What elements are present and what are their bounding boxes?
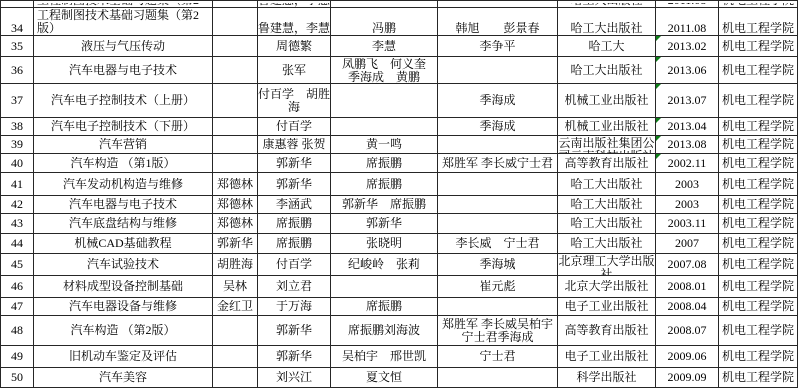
cell-text: 席振鹏 [331,300,437,313]
cell-text: 北京理工大学出版社 [558,255,655,275]
cell-publisher[interactable]: 电子工业出版社 [558,346,656,368]
cell-publisher[interactable]: 科学出版社 [558,368,656,388]
cell-editor[interactable] [213,368,258,388]
cell-text: 2013.07 [656,94,718,107]
cell-text: 夏文恒 [331,371,437,384]
cell-text: 胡胜海 [213,258,257,271]
cell-author3[interactable] [438,214,558,234]
cell-text: 2002.11 [656,157,718,170]
cell-editor[interactable] [213,154,258,173]
cell-text: 付百学 [258,120,330,133]
cell-text: 机电工程学院 [719,178,797,191]
cell-editor[interactable] [213,84,258,118]
cell-text: 刘兴江 [258,371,330,384]
cell-text: 汽车构造 （第2版） [34,324,212,337]
cell-text: 哈工大出版社 [558,237,655,250]
cell-department[interactable]: 机电工程学院 [719,276,798,298]
cell-author2[interactable]: 凤鹏飞 何义奎 季海成 黄鹏 [331,57,438,84]
cell-author3[interactable] [438,298,558,316]
cell-text: 37 [1,94,33,107]
cell-text: 工程制图技术基础习题集（第2版） [34,9,212,35]
cell-editor[interactable] [213,57,258,84]
cell-no[interactable]: 48 [1,316,34,346]
cell-editor[interactable] [213,136,258,154]
table-body: 工程制图技术基础习题集（第2鲁建慧，李慧哈工大出版社2011.08机电工程学院3… [1,1,798,388]
cell-title[interactable]: 汽车电子控制技术（上册） [34,84,213,118]
cell-text: 2008.01 [656,280,718,293]
cell-title[interactable]: 汽车试验技术 [34,254,213,276]
cell-date[interactable]: 2007.08 [656,254,719,276]
cell-author2[interactable]: 席振鹏 [331,173,438,196]
cell-text: 2007.08 [656,258,718,271]
clipped-text-fragment: 2011.08 [656,3,718,7]
clipped-text-fragment: 鲁建慧，李慧 [258,3,330,7]
cell-text: 汽车电子控制技术（下册） [34,120,212,133]
cell-author1[interactable]: 鲁建慧，李慧 [258,1,331,8]
cell-author3[interactable] [438,1,558,8]
cell-author3[interactable]: 李长威 宁士君 [438,234,558,254]
cell-text: 郑胜军 李长威吴柏宇宁士君季海成 [438,318,557,344]
cell-text: 郑德林 [213,178,257,191]
cell-publisher[interactable]: 机械工业出版社 [558,118,656,136]
cell-date[interactable]: 2013.08 [656,136,719,154]
cell-author2[interactable]: 郭新华 [331,214,438,234]
cell-title[interactable]: 汽车电器与电子技术 [34,57,213,84]
cell-department[interactable]: 机电工程学院 [719,36,798,57]
cell-text: 2003.11 [656,217,718,230]
cell-text: 汽车电器与电子技术 [34,64,212,77]
cell-editor[interactable]: 郭新华 [213,234,258,254]
cell-author1[interactable]: 周德繁 [258,36,331,57]
table-row: 48汽车构造 （第2版）郭新华席振鹏刘海波郑胜军 李长威吴柏宇宁士君季海成高等教… [1,316,798,346]
text-format-flag-icon [656,154,661,159]
cell-author2[interactable] [331,84,438,118]
cell-no[interactable]: 43 [1,214,34,234]
cell-author1[interactable]: 席振鹏 [258,214,331,234]
cell-no[interactable]: 50 [1,368,34,388]
cell-text: 2003 [656,198,718,211]
cell-department[interactable]: 机电工程学院 [719,136,798,154]
cell-publisher[interactable]: 北京大学出版社 [558,276,656,298]
cell-author2[interactable] [331,276,438,298]
cell-department[interactable]: 机电工程学院 [719,316,798,346]
text-format-flag-icon [656,118,661,123]
cell-date[interactable]: 2011.08 [656,8,719,36]
cell-date[interactable]: 2013.02 [656,36,719,57]
cell-no[interactable] [1,1,34,8]
table-row: 39汽车营销康惠蓉 张贺黄一鸣云南出版社集团公司云南科技出版社2013.08机电… [1,136,798,154]
cell-text: 机电工程学院 [719,217,797,230]
cell-text: 周德繁 [258,40,330,53]
cell-text: 郭新华 [331,217,437,230]
cell-text: 席振鹏 [258,217,330,230]
cell-text: 席振鹏 [258,237,330,250]
cell-title[interactable]: 汽车发动机构造与维修 [34,173,213,196]
cell-editor[interactable] [213,316,258,346]
cell-author3[interactable]: 宁士君 [438,346,558,368]
cell-text: 汽车试验技术 [34,258,212,271]
cell-author1[interactable]: 席振鹏 [258,234,331,254]
cell-text: 机电工程学院 [719,237,797,250]
cell-text: 凤鹏飞 何义奎 季海成 黄鹏 [331,58,437,83]
cell-text: 2009.06 [656,350,718,363]
cell-date[interactable]: 2003 [656,173,719,196]
cell-author1[interactable]: 张军 [258,57,331,84]
cell-editor[interactable]: 金红卫 [213,298,258,316]
cell-text: 机电工程学院 [719,324,797,337]
cell-no[interactable]: 49 [1,346,34,368]
cell-publisher[interactable]: 哈工大 [558,36,656,57]
cell-title[interactable]: 汽车电器与电子技术 [34,196,213,214]
cell-no[interactable]: 34 [1,8,34,36]
cell-text: 汽车美容 [34,371,212,384]
cell-department[interactable]: 机电工程学院 [719,298,798,316]
cell-author1[interactable]: 付百学 [258,118,331,136]
cell-author2[interactable]: 纪峻岭 张莉 [331,254,438,276]
cell-text: 2008.07 [656,324,718,337]
cell-date[interactable]: 2013.04 [656,118,719,136]
cell-text: 47 [1,300,33,313]
cell-text: 席振鹏刘海波 [331,324,437,337]
cell-text: 哈工大 [558,40,655,53]
cell-text: 机电工程学院 [719,157,797,170]
cell-text: 39 [1,138,33,151]
cell-editor[interactable]: 郑德林 [213,173,258,196]
cell-author1[interactable]: 康惠蓉 张贺 [258,136,331,154]
cell-publisher[interactable]: 哈工大出版社 [558,234,656,254]
cell-publisher[interactable]: 哈工大出版社 [558,196,656,214]
table-row: 40汽车构造 （第1版）郭新华席振鹏郑胜军 李长威宁士君高等教育出版社2002.… [1,154,798,173]
cell-editor[interactable]: 郑德林 [213,214,258,234]
cell-date[interactable]: 2003 [656,196,719,214]
cell-editor[interactable] [213,8,258,36]
cell-editor[interactable] [213,118,258,136]
cell-text: 44 [1,237,33,250]
cell-title[interactable]: 汽车电器设备与维修 [34,298,213,316]
table-row: 44机械CAD基础教程郭新华席振鹏张晓明李长威 宁士君哈工大出版社2007机电工… [1,234,798,254]
cell-author3[interactable] [438,57,558,84]
cell-title[interactable]: 旧机动车鉴定及评估 [34,346,213,368]
cell-author1[interactable]: 于万海 [258,298,331,316]
cell-publisher[interactable]: 哈工大出版社 [558,173,656,196]
cell-no[interactable]: 41 [1,173,34,196]
cell-author2[interactable]: 张晓明 [331,234,438,254]
cell-author1[interactable]: 郭新华 [258,173,331,196]
cell-text: 机电工程学院 [719,94,797,107]
clipped-text-fragment: 机电工程学院 [719,3,797,7]
cell-author3[interactable]: 李争平 [438,36,558,57]
table-row: 34工程制图技术基础习题集（第2版）鲁建慧，李慧冯鹏韩旭 彭景春哈工大出版社20… [1,8,798,36]
cell-text: 机械工业出版社 [558,94,655,107]
cell-editor[interactable] [213,346,258,368]
table-row: 43汽车底盘结构与维修郑德林席振鹏郭新华哈工大出版社2003.11机电工程学院 [1,214,798,234]
cell-text: 45 [1,258,33,271]
cell-text: 郑胜军 李长威宁士君 [438,157,557,170]
cell-author1[interactable]: 付百学 胡胜海 [258,84,331,118]
text-format-flag-icon [656,57,661,62]
cell-text: 机电工程学院 [719,280,797,293]
cell-text: 材料成型设备控制基础 [34,280,212,293]
cell-text: 宁士君 [438,350,557,363]
cell-author3[interactable]: 崔元彪 [438,276,558,298]
cell-author2[interactable]: 席振鹏刘海波 [331,316,438,346]
cell-department[interactable]: 机电工程学院 [719,368,798,388]
cell-text: 哈工大出版社 [558,217,655,230]
cell-text: 机电工程学院 [719,120,797,133]
cell-text: 机械CAD基础教程 [34,237,212,250]
clipped-text-fragment: 工程制图技术基础习题集（第2 [37,3,212,7]
cell-author3[interactable]: 季海成 [438,118,558,136]
text-format-flag-icon [656,136,661,141]
cell-no[interactable]: 47 [1,298,34,316]
cell-text: 鲁建慧，李慧 [258,22,330,35]
cell-author2[interactable]: 席振鹏 [331,298,438,316]
cell-text: 2009.09 [656,371,718,384]
cell-department[interactable]: 机电工程学院 [719,84,798,118]
cell-date[interactable]: 2011.08 [656,1,719,8]
cell-text: 科学出版社 [558,371,655,384]
cell-department[interactable]: 机电工程学院 [719,196,798,214]
cell-text: 2008.04 [656,300,718,313]
cell-date[interactable]: 2008.04 [656,298,719,316]
cell-author3[interactable]: 郑胜军 李长威宁士君 [438,154,558,173]
cell-text: 机电工程学院 [719,40,797,53]
cell-title[interactable]: 机械CAD基础教程 [34,234,213,254]
cell-author3[interactable] [438,368,558,388]
table-row: 50汽车美容刘兴江夏文恒科学出版社2009.09机电工程学院 [1,368,798,388]
cell-text: 42 [1,198,33,211]
cell-no[interactable]: 36 [1,57,34,84]
cell-date[interactable]: 2013.06 [656,57,719,84]
cell-text: 黄一鸣 [331,138,437,151]
cell-author3[interactable]: 季海成 [438,84,558,118]
cell-text: 49 [1,350,33,363]
cell-text: 张军 [258,64,330,77]
cell-text: 李涵武 [258,198,330,211]
cell-title[interactable]: 汽车底盘结构与维修 [34,214,213,234]
cell-no[interactable]: 38 [1,118,34,136]
cell-text: 电子工业出版社 [558,300,655,313]
cell-text: 2003 [656,178,718,191]
cell-title[interactable]: 工程制图技术基础习题集（第2版） [34,8,213,36]
cell-title[interactable]: 汽车电子控制技术（下册） [34,118,213,136]
cell-text: 机械工业出版社 [558,120,655,133]
cell-text: 季海城 [438,258,557,271]
cell-text: 于万海 [258,300,330,313]
cell-author3[interactable]: 季海城 [438,254,558,276]
cell-text: 机电工程学院 [719,300,797,313]
cell-date[interactable]: 2013.07 [656,84,719,118]
cell-no[interactable]: 35 [1,36,34,57]
cell-text: 机电工程学院 [719,198,797,211]
cell-date[interactable]: 2009.09 [656,368,719,388]
cell-text: 哈工大出版社 [558,198,655,211]
cell-department[interactable]: 机电工程学院 [719,118,798,136]
cell-text: 韩旭 彭景春 [438,22,557,35]
cell-text: 液压与气压传动 [34,40,212,53]
cell-text: 2013.04 [656,120,718,133]
cell-author3[interactable] [438,196,558,214]
cell-author1[interactable]: 付百学 [258,254,331,276]
cell-author1[interactable]: 郭新华 [258,316,331,346]
cell-text: 46 [1,280,33,293]
cell-author3[interactable]: 韩旭 彭景春 [438,8,558,36]
cell-no[interactable]: 39 [1,136,34,154]
cell-text: 吴林 [213,280,257,293]
cell-author1[interactable]: 李涵武 [258,196,331,214]
cell-title[interactable]: 汽车美容 [34,368,213,388]
cell-title[interactable]: 汽车构造 （第1版） [34,154,213,173]
cell-text: 2007 [656,237,718,250]
cell-editor[interactable]: 胡胜海 [213,254,258,276]
cell-department[interactable]: 机电工程学院 [719,254,798,276]
cell-author1[interactable]: 刘立君 [258,276,331,298]
cell-text: 2013.02 [656,40,718,53]
cell-text: 2011.08 [656,22,718,35]
cell-publisher[interactable]: 哈工大出版社 [558,8,656,36]
cell-department[interactable]: 机电工程学院 [719,234,798,254]
table-row: 41汽车发动机构造与维修郑德林郭新华席振鹏哈工大出版社2003机电工程学院 [1,173,798,196]
cell-text: 郑德林 [213,198,257,211]
cell-date[interactable]: 2007 [656,234,719,254]
cell-editor[interactable]: 吴林 [213,276,258,298]
table-row: 49旧机动车鉴定及评估郭新华吴柏宇 邢世凯宁士君电子工业出版社2009.06机电… [1,346,798,368]
cell-text: 季海成 [438,120,557,133]
cell-author3[interactable] [438,173,558,196]
cell-author2[interactable]: 黄一鸣 [331,136,438,154]
cell-text: 2013.06 [656,64,718,77]
cell-author1[interactable]: 郭新华 [258,346,331,368]
cell-no[interactable]: 42 [1,196,34,214]
cell-publisher[interactable]: 哈工大出版社 [558,1,656,8]
cell-department[interactable]: 机电工程学院 [719,57,798,84]
cell-title[interactable]: 材料成型设备控制基础 [34,276,213,298]
partial-table-row: 工程制图技术基础习题集（第2鲁建慧，李慧哈工大出版社2011.08机电工程学院 [1,1,798,8]
cell-publisher[interactable]: 机械工业出版社 [558,84,656,118]
cell-text: 郭新华 [258,178,330,191]
cell-author2[interactable] [331,118,438,136]
cell-text: 汽车电子控制技术（上册） [34,94,212,107]
cell-author1[interactable]: 鲁建慧，李慧 [258,8,331,36]
cell-text: 北京大学出版社 [558,280,655,293]
cell-department[interactable]: 机电工程学院 [719,154,798,173]
cell-text: 郭新华 [213,237,257,250]
cell-text: 汽车底盘结构与维修 [34,217,212,230]
cell-author3[interactable] [438,136,558,154]
cell-text: 50 [1,371,33,384]
cell-text: 机电工程学院 [719,371,797,384]
cell-publisher[interactable]: 高等教育出版社 [558,316,656,346]
table-row: 37汽车电子控制技术（上册）付百学 胡胜海季海成机械工业出版社2013.07机电… [1,84,798,118]
cell-text: 机电工程学院 [719,64,797,77]
cell-text: 李争平 [438,40,557,53]
cell-no[interactable]: 40 [1,154,34,173]
cell-editor[interactable]: 郑德林 [213,196,258,214]
cell-author1[interactable]: 刘兴江 [258,368,331,388]
cell-publisher[interactable]: 高等教育出版社 [558,154,656,173]
cell-department[interactable]: 机电工程学院 [719,1,798,8]
cell-editor[interactable] [213,1,258,8]
cell-author1[interactable]: 郭新华 [258,154,331,173]
cell-date[interactable]: 2008.01 [656,276,719,298]
text-format-flag-icon [656,36,661,41]
cell-publisher[interactable]: 哈工大出版社 [558,57,656,84]
cell-department[interactable]: 机电工程学院 [719,214,798,234]
table-row: 46材料成型设备控制基础吴林刘立君崔元彪北京大学出版社2008.01机电工程学院 [1,276,798,298]
cell-text: 高等教育出版社 [558,324,655,337]
cell-department[interactable]: 机电工程学院 [719,173,798,196]
cell-text: 李长威 宁士君 [438,237,557,250]
cell-author2[interactable]: 冯鹏 [331,8,438,36]
cell-text: 郭新华 [258,324,330,337]
cell-author2[interactable]: 李慧 [331,36,438,57]
cell-text: 40 [1,157,33,170]
cell-text: 哈工大出版社 [558,178,655,191]
cell-author2[interactable]: 席振鹏 [331,154,438,173]
cell-text: 崔元彪 [438,280,557,293]
cell-date[interactable]: 2002.11 [656,154,719,173]
cell-text: 郑德林 [213,217,257,230]
cell-publisher[interactable]: 哈工大出版社 [558,214,656,234]
cell-department[interactable]: 机电工程学院 [719,8,798,36]
cell-publisher[interactable]: 云南出版社集团公司云南科技出版社 [558,136,656,154]
cell-date[interactable]: 2003.11 [656,214,719,234]
cell-author2[interactable]: 夏文恒 [331,368,438,388]
cell-title[interactable]: 汽车构造 （第2版） [34,316,213,346]
table-row: 45汽车试验技术胡胜海付百学纪峻岭 张莉季海城北京理工大学出版社2007.08机… [1,254,798,276]
cell-author2[interactable] [331,1,438,8]
cell-no[interactable]: 45 [1,254,34,276]
cell-text: 机电工程学院 [719,350,797,363]
cell-text: 席振鹏 [331,157,437,170]
cell-no[interactable]: 46 [1,276,34,298]
cell-text: 机电工程学院 [719,138,797,151]
cell-text: 电子工业出版社 [558,350,655,363]
cell-title[interactable]: 工程制图技术基础习题集（第2 [34,1,213,8]
cell-text: 哈工大出版社 [558,64,655,77]
cell-publisher[interactable]: 电子工业出版社 [558,298,656,316]
cell-no[interactable]: 37 [1,84,34,118]
cell-publisher[interactable]: 北京理工大学出版社 [558,254,656,276]
cell-author2[interactable]: 吴柏宇 邢世凯 [331,346,438,368]
books-table: 工程制图技术基础习题集（第2鲁建慧，李慧哈工大出版社2011.08机电工程学院3… [0,0,798,388]
cell-text: 汽车电器与电子技术 [34,198,212,211]
cell-date[interactable]: 2008.07 [656,316,719,346]
cell-title[interactable]: 液压与气压传动 [34,36,213,57]
cell-editor[interactable] [213,36,258,57]
table-row: 38汽车电子控制技术（下册）付百学季海成机械工业出版社2013.04机电工程学院 [1,118,798,136]
cell-text: 汽车营销 [34,138,212,151]
cell-author2[interactable]: 郭新华 席振鹏 [331,196,438,214]
cell-no[interactable]: 44 [1,234,34,254]
cell-text: 付百学 胡胜海 [258,88,330,114]
cell-date[interactable]: 2009.06 [656,346,719,368]
cell-text: 机电工程学院 [719,22,797,35]
cell-text: 张晓明 [331,237,437,250]
cell-text: 郭新华 [258,157,330,170]
table-row: 36汽车电器与电子技术张军凤鹏飞 何义奎 季海成 黄鹏哈工大出版社2013.06… [1,57,798,84]
cell-text: 高等教育出版社 [558,157,655,170]
cell-text: 哈工大出版社 [558,22,655,35]
cell-text: 郭新华 席振鹏 [331,198,437,211]
cell-department[interactable]: 机电工程学院 [719,346,798,368]
cell-text: 付百学 [258,258,330,271]
cell-author3[interactable]: 郑胜军 李长威吴柏宇宁士君季海成 [438,316,558,346]
cell-text: 43 [1,217,33,230]
cell-text: 刘立君 [258,280,330,293]
cell-title[interactable]: 汽车营销 [34,136,213,154]
cell-text: 48 [1,324,33,337]
